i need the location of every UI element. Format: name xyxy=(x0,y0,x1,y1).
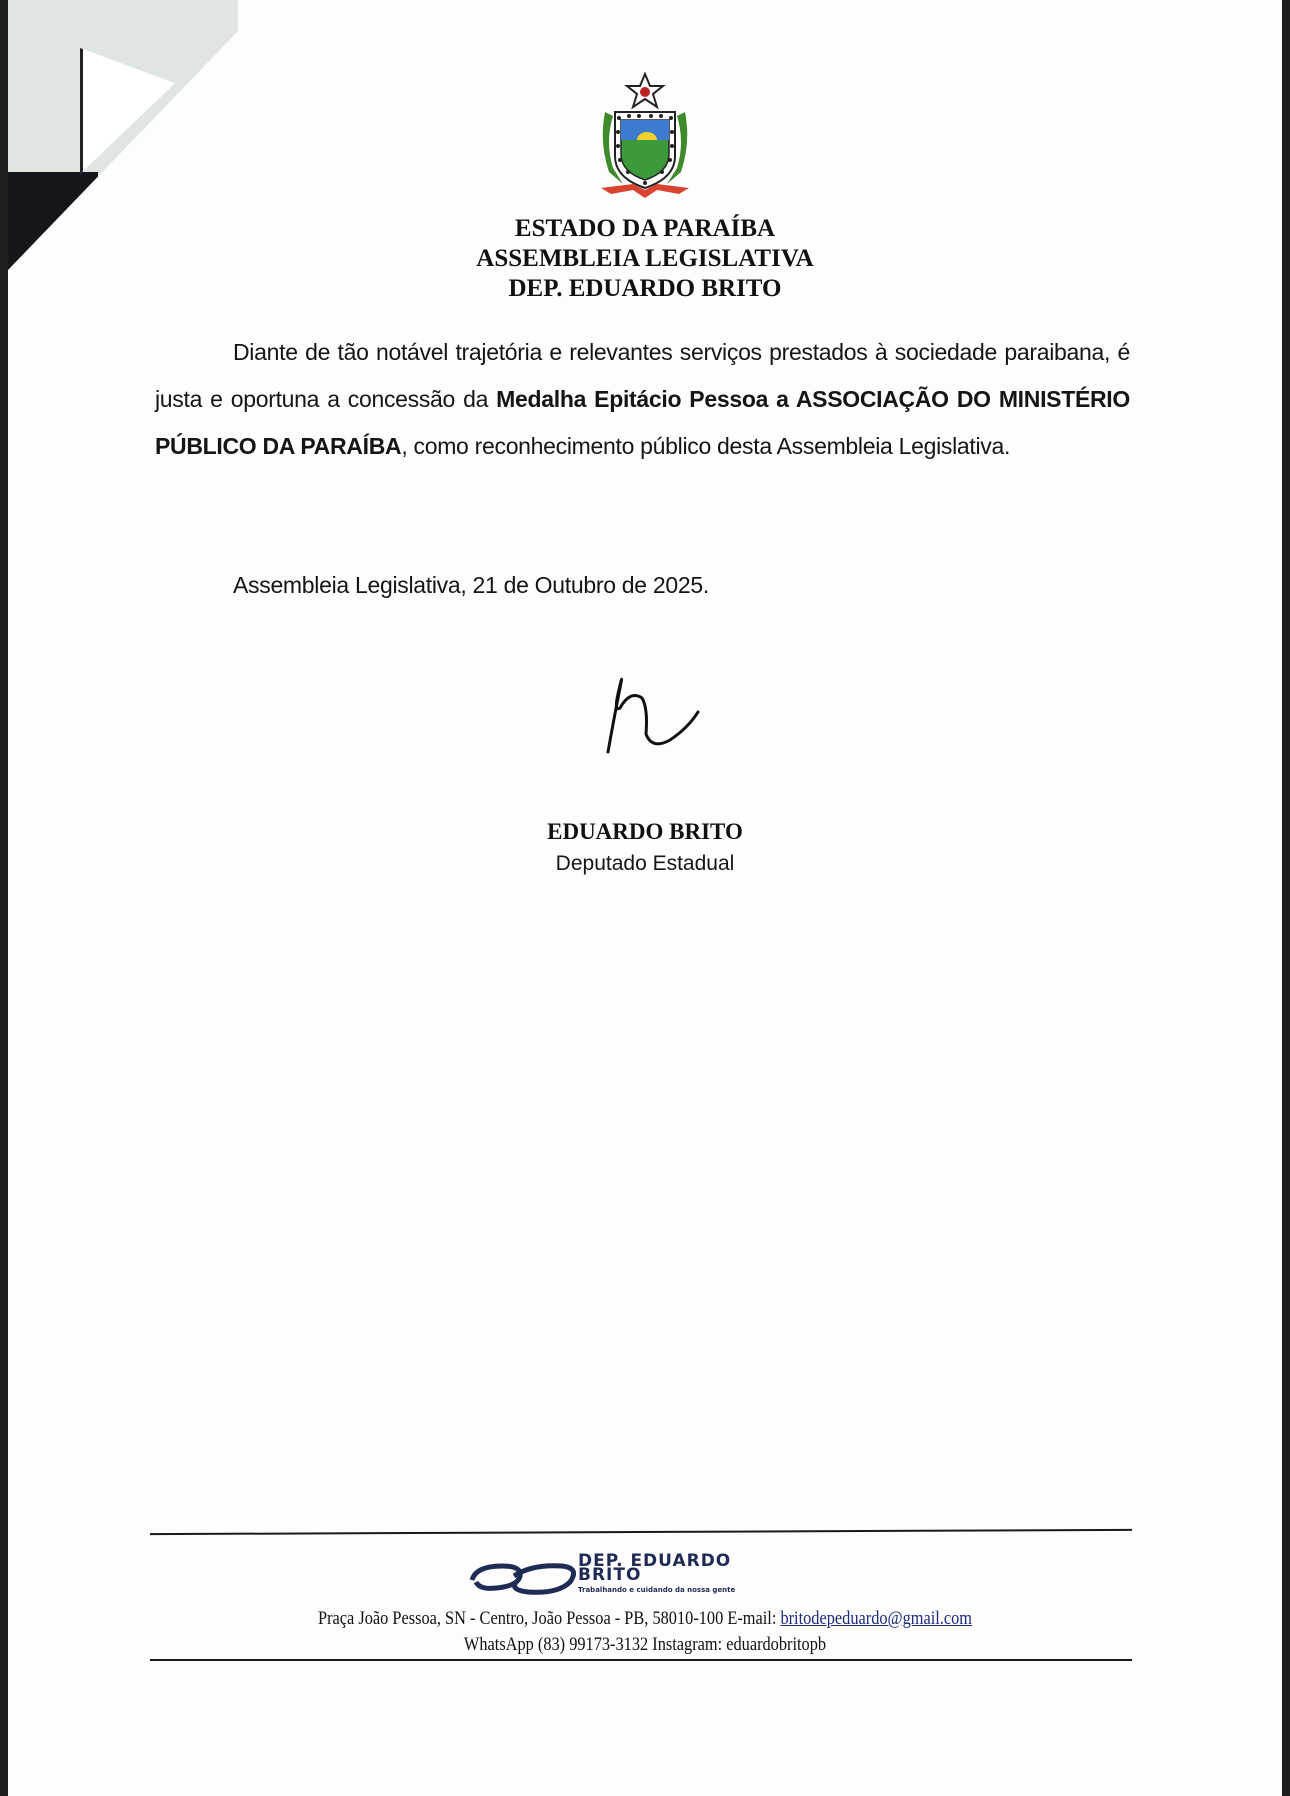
date-line: Assembleia Legislativa, 21 de Outubro de… xyxy=(233,572,709,599)
footer-logo-text: DEP. EDUARDO BRITO Trabalhando e cuidand… xyxy=(578,1554,735,1597)
header-assembly: ASSEMBLEIA LEGISLATIVA xyxy=(0,244,1290,273)
header-deputy: DEP. EDUARDO BRITO xyxy=(0,274,1290,303)
footer-address: Praça João Pessoa, SN - Centro, João Pes… xyxy=(318,1608,780,1629)
body-closing: , como reconhecimento público desta Asse… xyxy=(401,433,1010,459)
footer-email-link[interactable]: britodepeduardo@gmail.com xyxy=(780,1608,972,1629)
footer-address-line: Praça João Pessoa, SN - Centro, João Pes… xyxy=(90,1608,1199,1630)
body-paragraph: Diante de tão notável trajetória e relev… xyxy=(155,329,1130,470)
footer-contact: WhatsApp (83) 99173-3132 Instagram: edua… xyxy=(90,1634,1199,1656)
footer-bottom-rule xyxy=(150,1659,1132,1661)
logo-tagline: Trabalhando e cuidando da nossa gente xyxy=(578,1583,735,1597)
paraiba-coat-of-arms-icon xyxy=(583,72,707,200)
handwritten-signature-icon xyxy=(590,668,710,760)
signer-role: Deputado Estadual xyxy=(0,852,1290,876)
signer-name: EDUARDO BRITO xyxy=(0,819,1290,845)
header-state: ESTADO DA PARAÍBA xyxy=(0,214,1290,243)
